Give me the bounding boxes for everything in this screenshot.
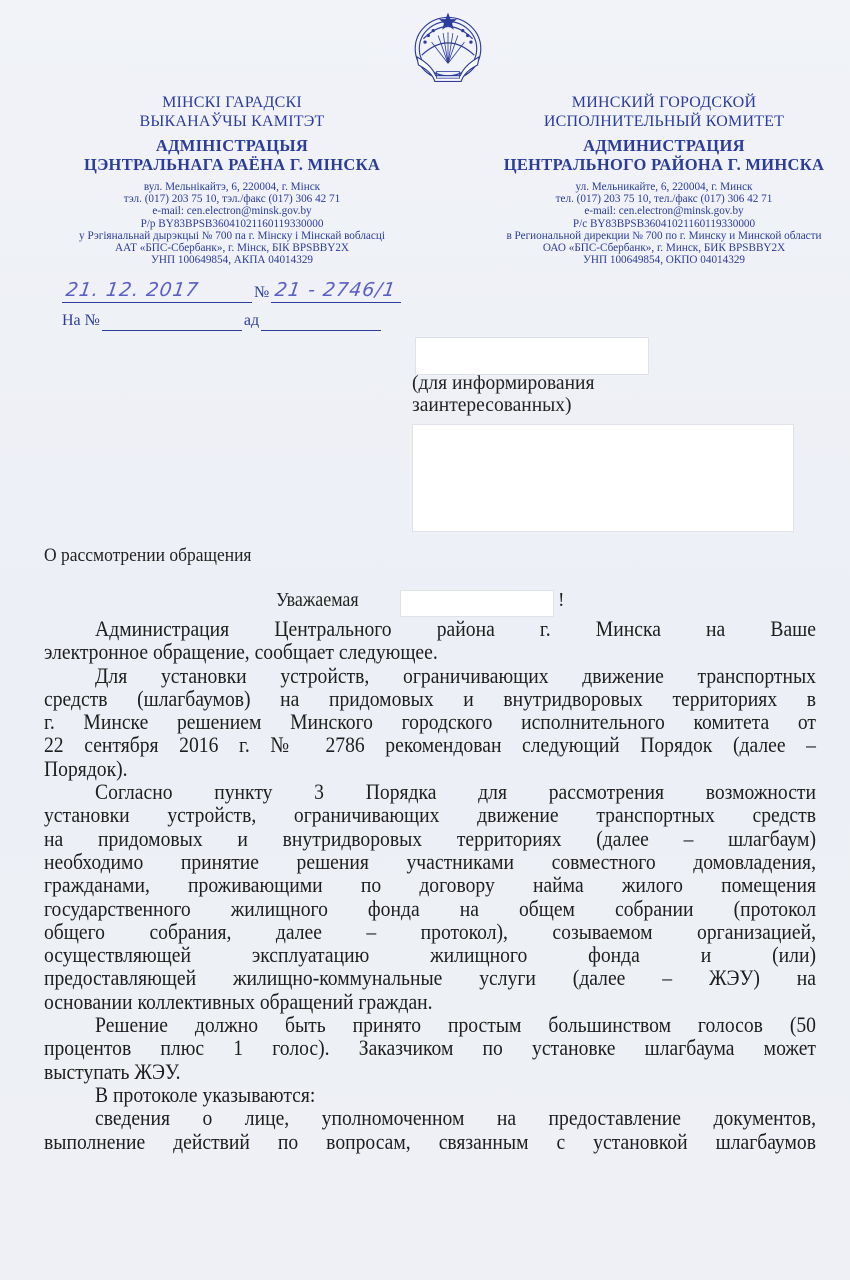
bank-line: ААТ «БПС-Сбербанк», г. Мінск, БІК BPSBBY… xyxy=(42,242,422,254)
admin-name-line2: ЦЕНТРАЛЬНОГО РАЙОНА Г. МИНСКА xyxy=(478,155,850,174)
unp-line: УНП 100649854, АКПА 04014329 xyxy=(42,254,422,266)
unp-line: УНП 100649854, ОКПО 04014329 xyxy=(478,254,850,266)
body-line: гражданами, проживающими по договору най… xyxy=(44,873,816,896)
body-line: процентов плюс 1 голос). Заказчиком по у… xyxy=(44,1036,816,1059)
body-line: необходимо принятие решения участниками … xyxy=(44,850,816,873)
redacted-addressee-name xyxy=(400,590,554,617)
body-line: на придомовых и внутридворовых территори… xyxy=(44,827,816,850)
email-line: e-mail: cen.electron@minsk.gov.by xyxy=(42,205,422,217)
letter-body: Администрация Центрального района г. Мин… xyxy=(44,617,816,1153)
body-line: Порядок). xyxy=(44,757,816,780)
letterhead-belarusian: МІНСКІ ГАРАДСКІ ВЫКАНАЎЧЫ КАМІТЭТ АДМІНІ… xyxy=(42,93,422,266)
letter-subject: О рассмотрении обращения xyxy=(44,545,251,567)
belarus-state-emblem-icon xyxy=(407,6,489,88)
ref-number-field xyxy=(102,310,242,331)
body-line: Решение должно быть принято простым боль… xyxy=(44,1013,816,1036)
org-name-line1: МІНСКІ ГАРАДСКІ xyxy=(42,93,422,112)
phone-line: тэл. (017) 203 75 10, тэл./факс (017) 30… xyxy=(42,193,422,205)
admin-name-line1: АДМИНИСТРАЦИЯ xyxy=(478,136,850,155)
outgoing-number-field: 21 - 2746/1 xyxy=(271,282,401,303)
address-block: вул. Мельнікайтэ, 6, 220004, г. Мінск тэ… xyxy=(42,181,422,266)
body-line: выполнение действий по вопросам, связанн… xyxy=(44,1130,816,1153)
bank-line: ОАО «БПС-Сбербанк», г. Минск, БИК BPSBBY… xyxy=(478,242,850,254)
salutation-suffix: ! xyxy=(558,590,565,612)
body-line: сведения о лице, уполномоченном на предо… xyxy=(44,1106,816,1129)
registration-block: 21. 12. 2017 № 21 - 2746/1 На № ад xyxy=(62,275,422,331)
handwritten-number: 21 - 2746/1 xyxy=(274,279,398,301)
account-line: Р/р BY83BPSB36041021160119330000 xyxy=(42,218,422,230)
address-block: ул. Мельникайте, 6, 220004, г. Минск тел… xyxy=(478,181,850,266)
letterhead-russian: МИНСКИЙ ГОРОДСКОЙ ИСПОЛНИТЕЛЬНЫЙ КОМИТЕТ… xyxy=(478,93,850,266)
body-line: Администрация Центрального района г. Мин… xyxy=(44,617,816,640)
body-line: Для установки устройств, ограничивающих … xyxy=(44,664,816,687)
recipient-note-line2: заинтересованных) xyxy=(412,395,732,417)
body-line: осуществляющей эксплуатацию жилищного фо… xyxy=(44,943,816,966)
body-line: общего собрания, далее – протокол), созы… xyxy=(44,920,816,943)
org-name-line2: ВЫКАНАЎЧЫ КАМІТЭТ xyxy=(42,112,422,131)
body-line: 22 сентября 2016 г. № 2786 рекомендован … xyxy=(44,733,816,756)
body-line: г. Минске решением Минского городского и… xyxy=(44,710,816,733)
handwritten-date: 21. 12. 2017 xyxy=(64,279,200,301)
ref-date-field xyxy=(261,310,381,331)
org-name-line2: ИСПОЛНИТЕЛЬНЫЙ КОМИТЕТ xyxy=(478,112,850,131)
recipient-note: (для информирования заинтересованных) xyxy=(412,373,732,417)
address-line: ул. Мельникайте, 6, 220004, г. Минск xyxy=(478,181,850,193)
body-line: средств (шлагбаумов) на придомовых и вну… xyxy=(44,687,816,710)
bank-directorate-line: у Рэгіянальнай дырэкцыі № 700 па г. Мінс… xyxy=(42,230,422,242)
body-line: В протоколе указываются: xyxy=(44,1083,816,1106)
date-field: 21. 12. 2017 xyxy=(62,282,252,303)
recipient-note-line1: (для информирования xyxy=(412,373,732,395)
org-name-line1: МИНСКИЙ ГОРОДСКОЙ xyxy=(478,93,850,112)
body-line: установки устройств, ограничивающих движ… xyxy=(44,803,816,826)
admin-name-line1: АДМІНІСТРАЦЫЯ xyxy=(42,136,422,155)
letter-page: МІНСКІ ГАРАДСКІ ВЫКАНАЎЧЫ КАМІТЭТ АДМІНІ… xyxy=(0,0,850,1280)
salutation-prefix: Уважаемая xyxy=(276,590,359,612)
redacted-recipient-address xyxy=(412,424,794,532)
email-line: e-mail: cen.electron@minsk.gov.by xyxy=(478,205,850,217)
account-line: Р/с BY83BPSB36041021160119330000 xyxy=(478,218,850,230)
address-line: вул. Мельнікайтэ, 6, 220004, г. Мінск xyxy=(42,181,422,193)
body-line: электронное обращение, сообщает следующе… xyxy=(44,640,816,663)
ref-number-label: На № xyxy=(62,312,102,331)
admin-name-line2: ЦЭНТРАЛЬНАГА РАЁНА Г. МІНСКА xyxy=(42,155,422,174)
body-line: выступать ЖЭУ. xyxy=(44,1060,816,1083)
body-line: предоставляющей жилищно-коммунальные усл… xyxy=(44,966,816,989)
body-line: государственного жилищного фонда на обще… xyxy=(44,897,816,920)
body-line: Согласно пункту 3 Порядка для рассмотрен… xyxy=(44,780,816,803)
body-line: основании коллективных обращений граждан… xyxy=(44,990,816,1013)
phone-line: тел. (017) 203 75 10, тел./факс (017) 30… xyxy=(478,193,850,205)
number-label: № xyxy=(252,284,271,303)
ref-from-label: ад xyxy=(242,312,261,331)
bank-directorate-line: в Региональной дирекции № 700 по г. Минс… xyxy=(478,230,850,242)
redacted-recipient-name xyxy=(415,337,649,375)
